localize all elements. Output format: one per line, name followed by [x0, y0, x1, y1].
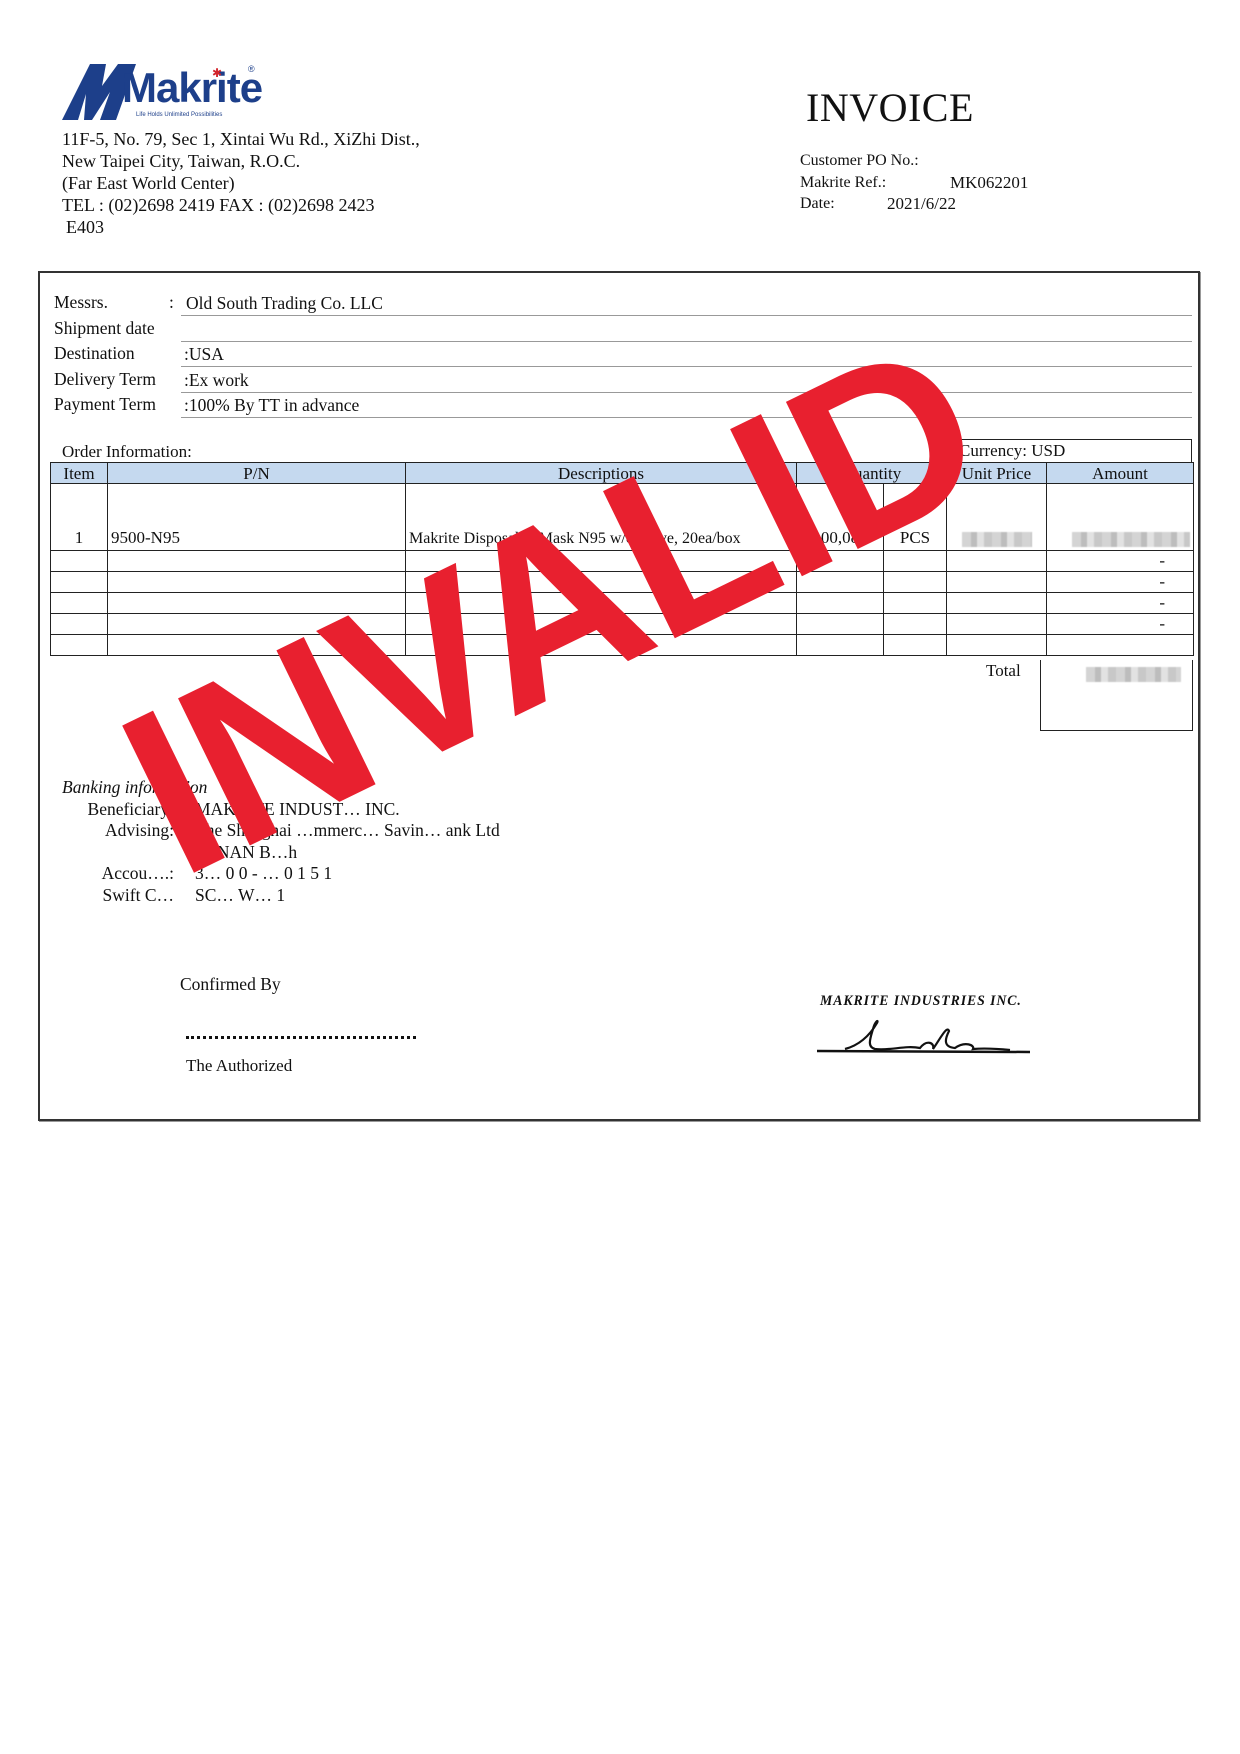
term-row-messrs: Messrs. : Old South Trading Co. LLC [54, 291, 1192, 317]
term-row-delivery: Delivery Term :Ex work [54, 368, 1192, 394]
address-line: New Taipei City, Taiwan, R.O.C. [62, 150, 420, 172]
registered-mark: ® [248, 64, 255, 74]
company-logo: Makrite ✱ ® Life Holds Unlimited Possibi… [62, 62, 252, 124]
signature-dotted-line [186, 1034, 416, 1039]
company-address: 11F-5, No. 79, Sec 1, Xintai Wu Rd., XiZ… [62, 128, 420, 238]
address-line: 11F-5, No. 79, Sec 1, Xintai Wu Rd., XiZ… [62, 128, 420, 150]
invoice-meta: Customer PO No.: Makrite Ref.: MK062201 … [800, 150, 919, 215]
term-colon: : [169, 292, 174, 313]
cell-amount: - [1047, 593, 1194, 614]
cell-pn: 9500-N95 [108, 484, 406, 551]
customer-po-label: Customer PO No.: [800, 152, 919, 169]
term-row-shipment-date: Shipment date [54, 317, 1192, 343]
term-label: Delivery Term [54, 369, 156, 390]
date-label: Date: [800, 195, 835, 212]
cell-amount-redacted [1047, 484, 1194, 551]
ref-row: Makrite Ref.: MK062201 [800, 172, 919, 194]
cell-item: 1 [51, 484, 108, 551]
cell-amount: - [1047, 572, 1194, 593]
total-label: Total [986, 661, 1021, 681]
banking-key: Accou….: [102, 863, 174, 885]
term-value: :USA [181, 342, 1192, 367]
term-label: Messrs. [54, 292, 108, 313]
term-label: Destination [54, 343, 135, 364]
address-line: E403 [62, 216, 420, 238]
authorized-label: The Authorized [186, 1056, 292, 1076]
cell-amount: - [1047, 551, 1194, 572]
customer-po-row: Customer PO No.: [800, 150, 919, 172]
logo-star-icon: ✱ [212, 66, 222, 81]
logo-tagline: Life Holds Unlimited Possibilities [136, 112, 222, 118]
term-label: Payment Term [54, 394, 156, 415]
address-line: TEL : (02)2698 2419 FAX : (02)2698 2423 [62, 194, 420, 216]
ref-label: Makrite Ref.: [800, 174, 886, 191]
cell-amount: - [1047, 614, 1194, 635]
col-amount: Amount [1047, 463, 1194, 484]
term-row-destination: Destination :USA [54, 342, 1192, 368]
term-row-payment: Payment Term :100% By TT in advance [54, 393, 1192, 419]
logo-wordmark: Makrite [122, 64, 262, 112]
company-signature-name: MAKRITE INDUSTRIES INC. [820, 993, 1022, 1010]
terms-section: Messrs. : Old South Trading Co. LLC Ship… [54, 291, 1192, 419]
banking-key: Swift C… [103, 885, 174, 907]
date-value: 2021/6/22 [887, 193, 956, 215]
ref-value: MK062201 [950, 172, 1028, 194]
handwritten-signature-icon [815, 1015, 1035, 1057]
term-value [181, 317, 1192, 342]
invoice-title: INVOICE [806, 84, 974, 131]
col-item: Item [51, 463, 108, 484]
address-line: (Far East World Center) [62, 172, 420, 194]
confirmed-by-label: Confirmed By [180, 974, 281, 995]
col-pn: P/N [108, 463, 406, 484]
term-value: :Ex work [181, 368, 1192, 393]
term-label: Shipment date [54, 318, 155, 339]
total-value-redacted [1086, 665, 1181, 683]
order-info-label: Order Information: [62, 442, 192, 462]
cell-amount [1047, 635, 1194, 656]
term-value: Old South Trading Co. LLC [181, 291, 1192, 316]
date-row: Date: 2021/6/22 [800, 193, 919, 215]
